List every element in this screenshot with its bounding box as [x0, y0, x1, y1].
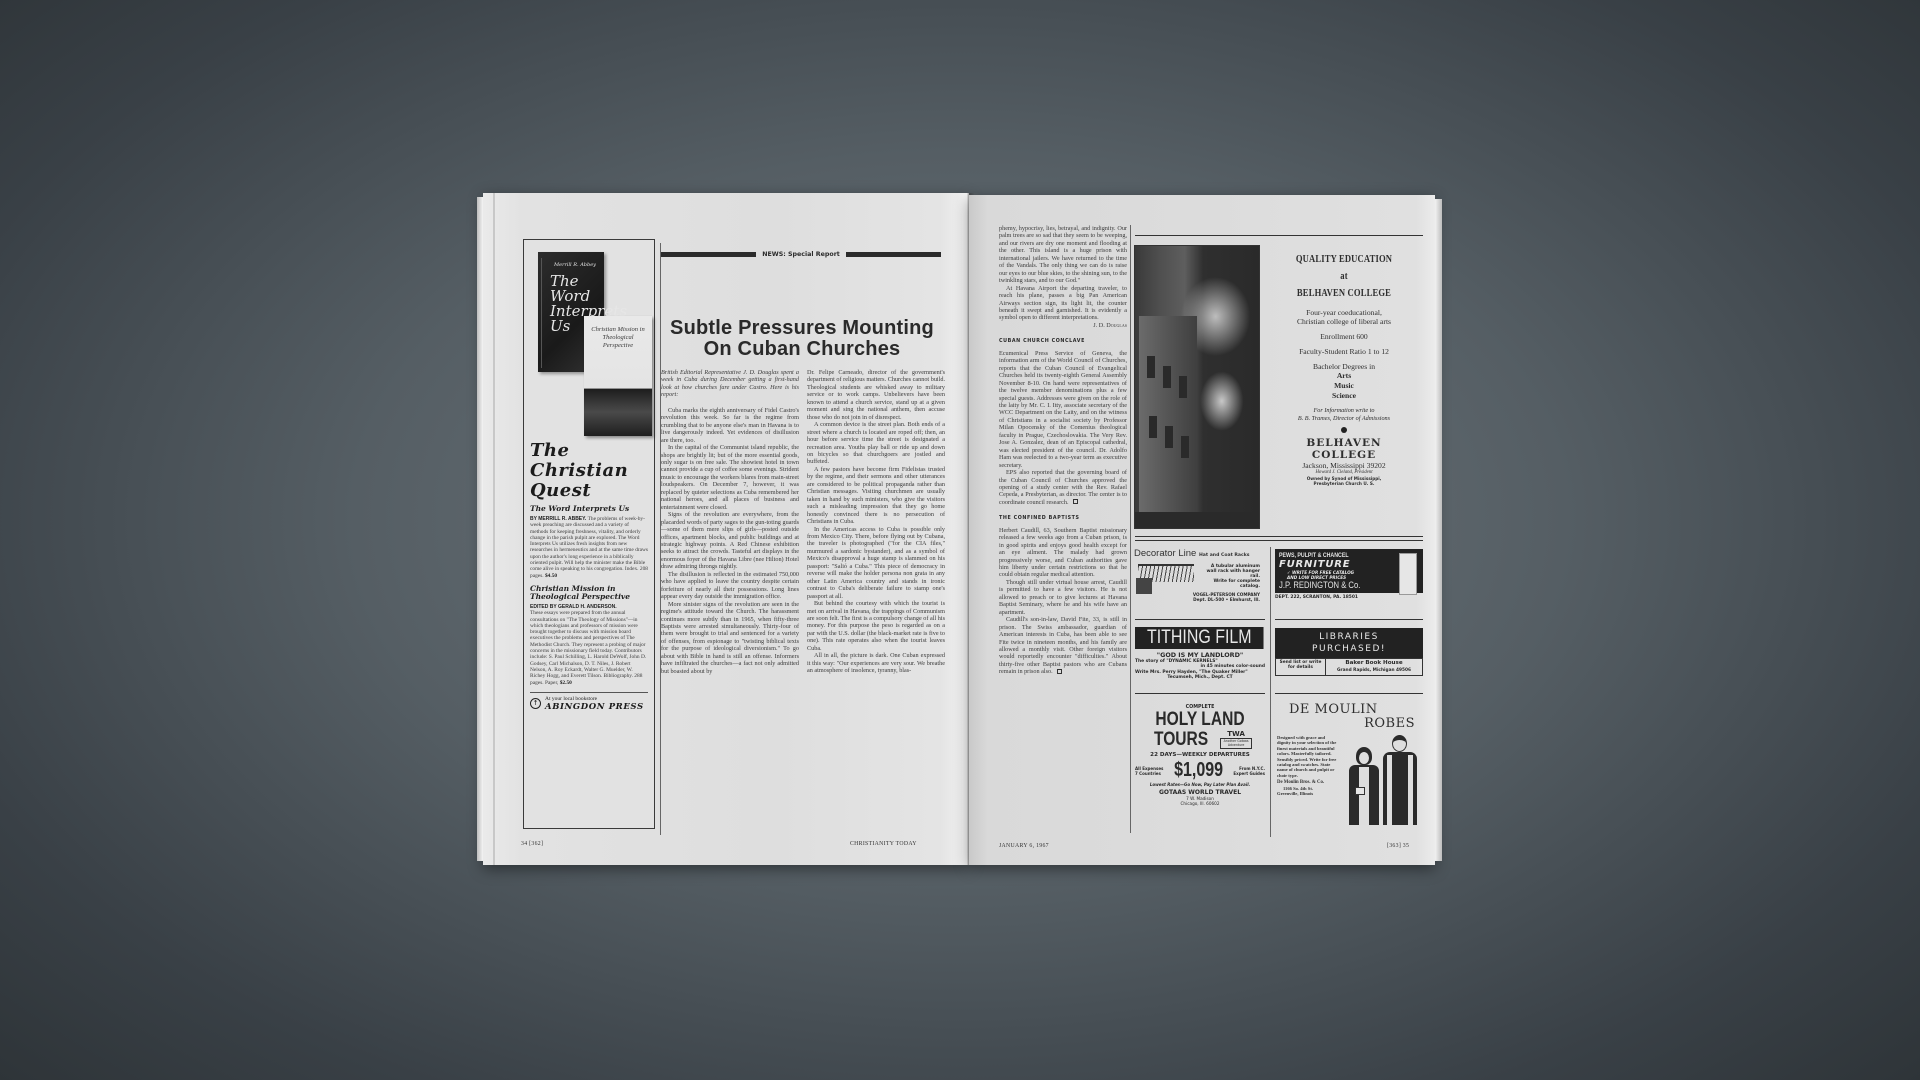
de-moulin-robes-ad: DE MOULIN ROBES Designed with grace and … [1275, 703, 1423, 833]
column-divider [1130, 225, 1131, 833]
section-header: NEWS: Special Report [661, 249, 941, 259]
subhead-cuban-church-conclave: CUBAN CHURCH CONCLAVE [999, 338, 1127, 345]
ad-rule-top [1135, 235, 1423, 236]
bullet-icon [1341, 427, 1347, 433]
issue-date: JANUARY 6, 1967 [999, 843, 1049, 849]
right-page: phemy, hypocrisy, lies, betrayal, and in… [969, 195, 1435, 865]
left-page: Merrill R. Abbey The Word Interprets Us … [483, 193, 969, 865]
decorator-line-ad: Decorator Line Hat and Coat Racks A tubu… [1134, 548, 1264, 610]
magazine-spread: Merrill R. Abbey The Word Interprets Us … [0, 0, 1920, 1080]
robed-man-illustration [1381, 735, 1419, 825]
end-mark-icon [1057, 669, 1062, 674]
abingdon-logo-icon: ☨ [530, 698, 541, 709]
chancel-door-icon [1399, 553, 1417, 595]
page-number-left: 34 [362] [521, 841, 543, 847]
holy-land-tours-ad: COMPLETE HOLY LAND TOURS TWA Another Got… [1135, 705, 1265, 806]
ad-divider [1270, 547, 1271, 837]
book-cover-christian-mission: Christian Mission in Theological Perspec… [584, 316, 652, 436]
header-rule-right [846, 252, 941, 257]
running-footer: CHRISTIANITY TODAY [850, 841, 917, 847]
ad-heading: The Christian Quest [530, 441, 648, 501]
end-mark-icon [1073, 499, 1078, 504]
article-headline: Subtle Pressures Mounting On Cuban Churc… [661, 318, 943, 360]
article-column-2: Dr. Felipe Carneado, director of the gov… [807, 369, 945, 675]
item1-title: The Word Interprets Us [530, 505, 648, 513]
item2-body: EDITED BY GERALD H. ANDERSON. These essa… [530, 604, 648, 686]
news-column: phemy, hypocrisy, lies, betrayal, and in… [999, 225, 1127, 676]
subhead-confined-baptists: THE CONFINED BAPTISTS [999, 515, 1127, 522]
belhaven-campus-photo [1134, 245, 1260, 529]
item2-title: Christian Mission in Theological Perspec… [530, 585, 648, 601]
belhaven-college-ad: QUALITY EDUCATION at BELHAVEN COLLEGE Fo… [1267, 251, 1421, 486]
tour-price: $1,099 [1174, 759, 1223, 782]
ad-footer: ☨ At your local bookstore ABINGDON PRESS [530, 692, 648, 712]
item1-body: BY MERRILL R. ABBEY. The problems of wee… [530, 516, 648, 579]
baker-book-house-ad: LIBRARIES PURCHASED! Send list or write … [1275, 628, 1423, 676]
catalog-icon [1136, 578, 1152, 594]
abingdon-press-ad: Merrill R. Abbey The Word Interprets Us … [523, 239, 655, 829]
redington-furniture-ad: PEWS, PULPIT & CHANCEL FURNITURE ✓ WRITE… [1275, 549, 1423, 600]
author-signature: J. D. Douglas [999, 322, 1127, 329]
book-covers: Merrill R. Abbey The Word Interprets Us … [530, 244, 648, 439]
header-rule-left [661, 252, 756, 257]
ad-rule [1135, 536, 1423, 537]
article-column-1: British Editorial Representative J. D. D… [661, 369, 799, 675]
robed-woman-illustration [1347, 747, 1381, 825]
tithing-film-ad: TITHING FILM "GOD IS MY LANDLORD" The st… [1135, 627, 1265, 681]
page-number-right: [363] 35 [1387, 843, 1409, 849]
